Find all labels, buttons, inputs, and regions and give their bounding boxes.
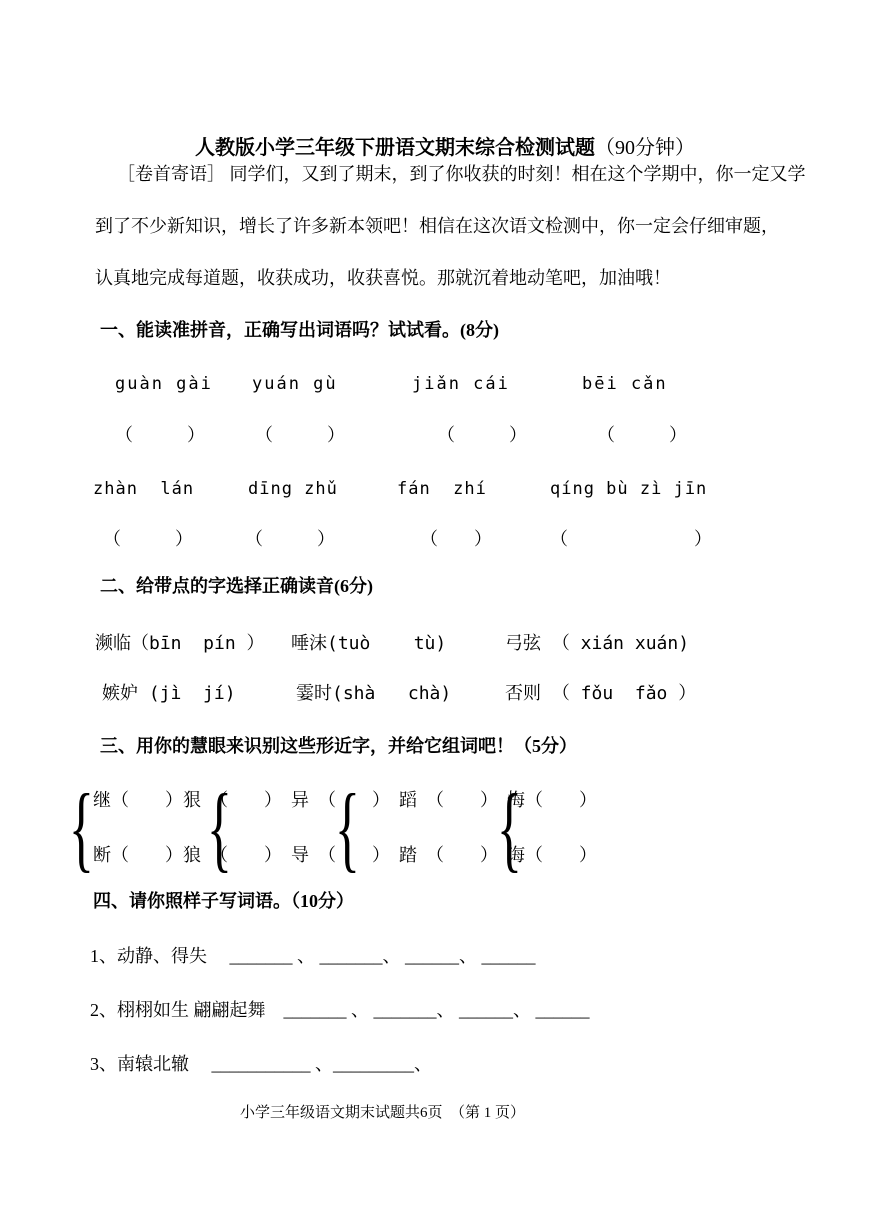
intro-paragraph: ［卷首寄语］ 同学们，又到了期末，到了你收获的时刻！相在这个学期中，你一定又学到… [0,0,870,300]
exam-paper-page: 人教版小学三年级下册语文期末综合检测试题（90分钟） ［卷首寄语］ 同学们，又到… [0,0,870,1229]
section3-heading: 三、用你的慧眼来识别这些形近字，并给它组词吧！（5分） [100,732,577,758]
word-exercise-item: 1、动静、得失 _______ 、 _______、 ______、 _____… [90,942,536,968]
pinyin-word: jiǎn cái [412,374,510,394]
curly-brace-3: { [335,778,352,878]
pronunciation-choice-item: 唾沫(tuò tù) [291,629,446,655]
pinyin-word: qíng bù zì jīn [550,479,707,499]
intro-line: ［卷首寄语］ 同学们，又到了期末，到了你收获的时刻！相在这个学期中，你一定又学 [117,160,806,186]
pinyin-word: guàn gài [115,374,213,394]
section4-heading: 四、请你照样子写词语。（10分） [93,887,354,913]
curly-brace-2: { [207,778,224,878]
pinyin-word: bēi cǎn [582,374,668,394]
section1-pinyin-row2: zhàn lándīng zhǔfán zhíqíng bù zì jīn [0,479,870,505]
pronunciation-choice-item: 弓弦 （ xián xuán) [505,629,689,655]
pronunciation-choice-item: 霎时(shà chà) [296,679,451,705]
pinyin-word: dīng zhǔ [248,479,338,499]
answer-blank: （ ） [103,525,193,551]
section1-pinyin-row1: guàn gàiyuán gùjiǎn cáibēi cǎn [0,374,870,400]
pinyin-word: fán zhí [397,479,487,499]
pronunciation-choice-item: 否则 （ fǒu fǎo ） [505,679,696,705]
intro-line: 到了不少新知识，增长了许多新本领吧！相信在这次语文检测中，你一定会仔细审题， [95,212,779,238]
page-footer: 小学三年级语文期末试题共6页 （第 1 页） [240,1101,525,1122]
pinyin-word: zhàn lán [93,479,194,499]
section2-row2: 嫉妒 (jì jí)霎时(shà chà)否则 （ fǒu fǎo ） [0,679,870,705]
answer-blank: （ ） [550,525,712,551]
pronunciation-choice-item: 嫉妒 (jì jí) [102,679,236,705]
answer-blank: （ ） [437,421,527,447]
section1-heading: 一、能读准拼音，正确写出词语吗？试试看。(8分) [100,316,499,342]
pronunciation-choice-item: 濒临（bīn pín ） [95,629,265,655]
word-exercise-item: 3、南辕北辙 ___________ 、_________、 [90,1050,432,1076]
section2-heading: 二、给带点的字选择正确读音(6分) [100,572,373,598]
curly-brace-4: { [497,778,514,878]
section1-answer-row2: （ ）（ ）（ ）（ ） [0,525,870,551]
word-exercise-item: 2、栩栩如生 翩翩起舞 _______ 、 _______、 ______、 _… [90,996,590,1022]
answer-blank: （ ） [255,421,345,447]
answer-blank: （ ） [597,421,687,447]
curly-brace-1: { [69,778,86,878]
answer-blank: （ ） [115,421,205,447]
pinyin-word: yuán gù [252,374,338,394]
section1-answer-row1: （ ）（ ）（ ）（ ） [0,421,870,447]
section2-row1: 濒临（bīn pín ）唾沫(tuò tù)弓弦 （ xián xuán) [0,629,870,655]
intro-line: 认真地完成每道题，收获成功，收获喜悦。那就沉着地动笔吧，加油哦！ [95,264,671,290]
answer-blank: （ ） [420,525,492,551]
answer-blank: （ ） [245,525,335,551]
